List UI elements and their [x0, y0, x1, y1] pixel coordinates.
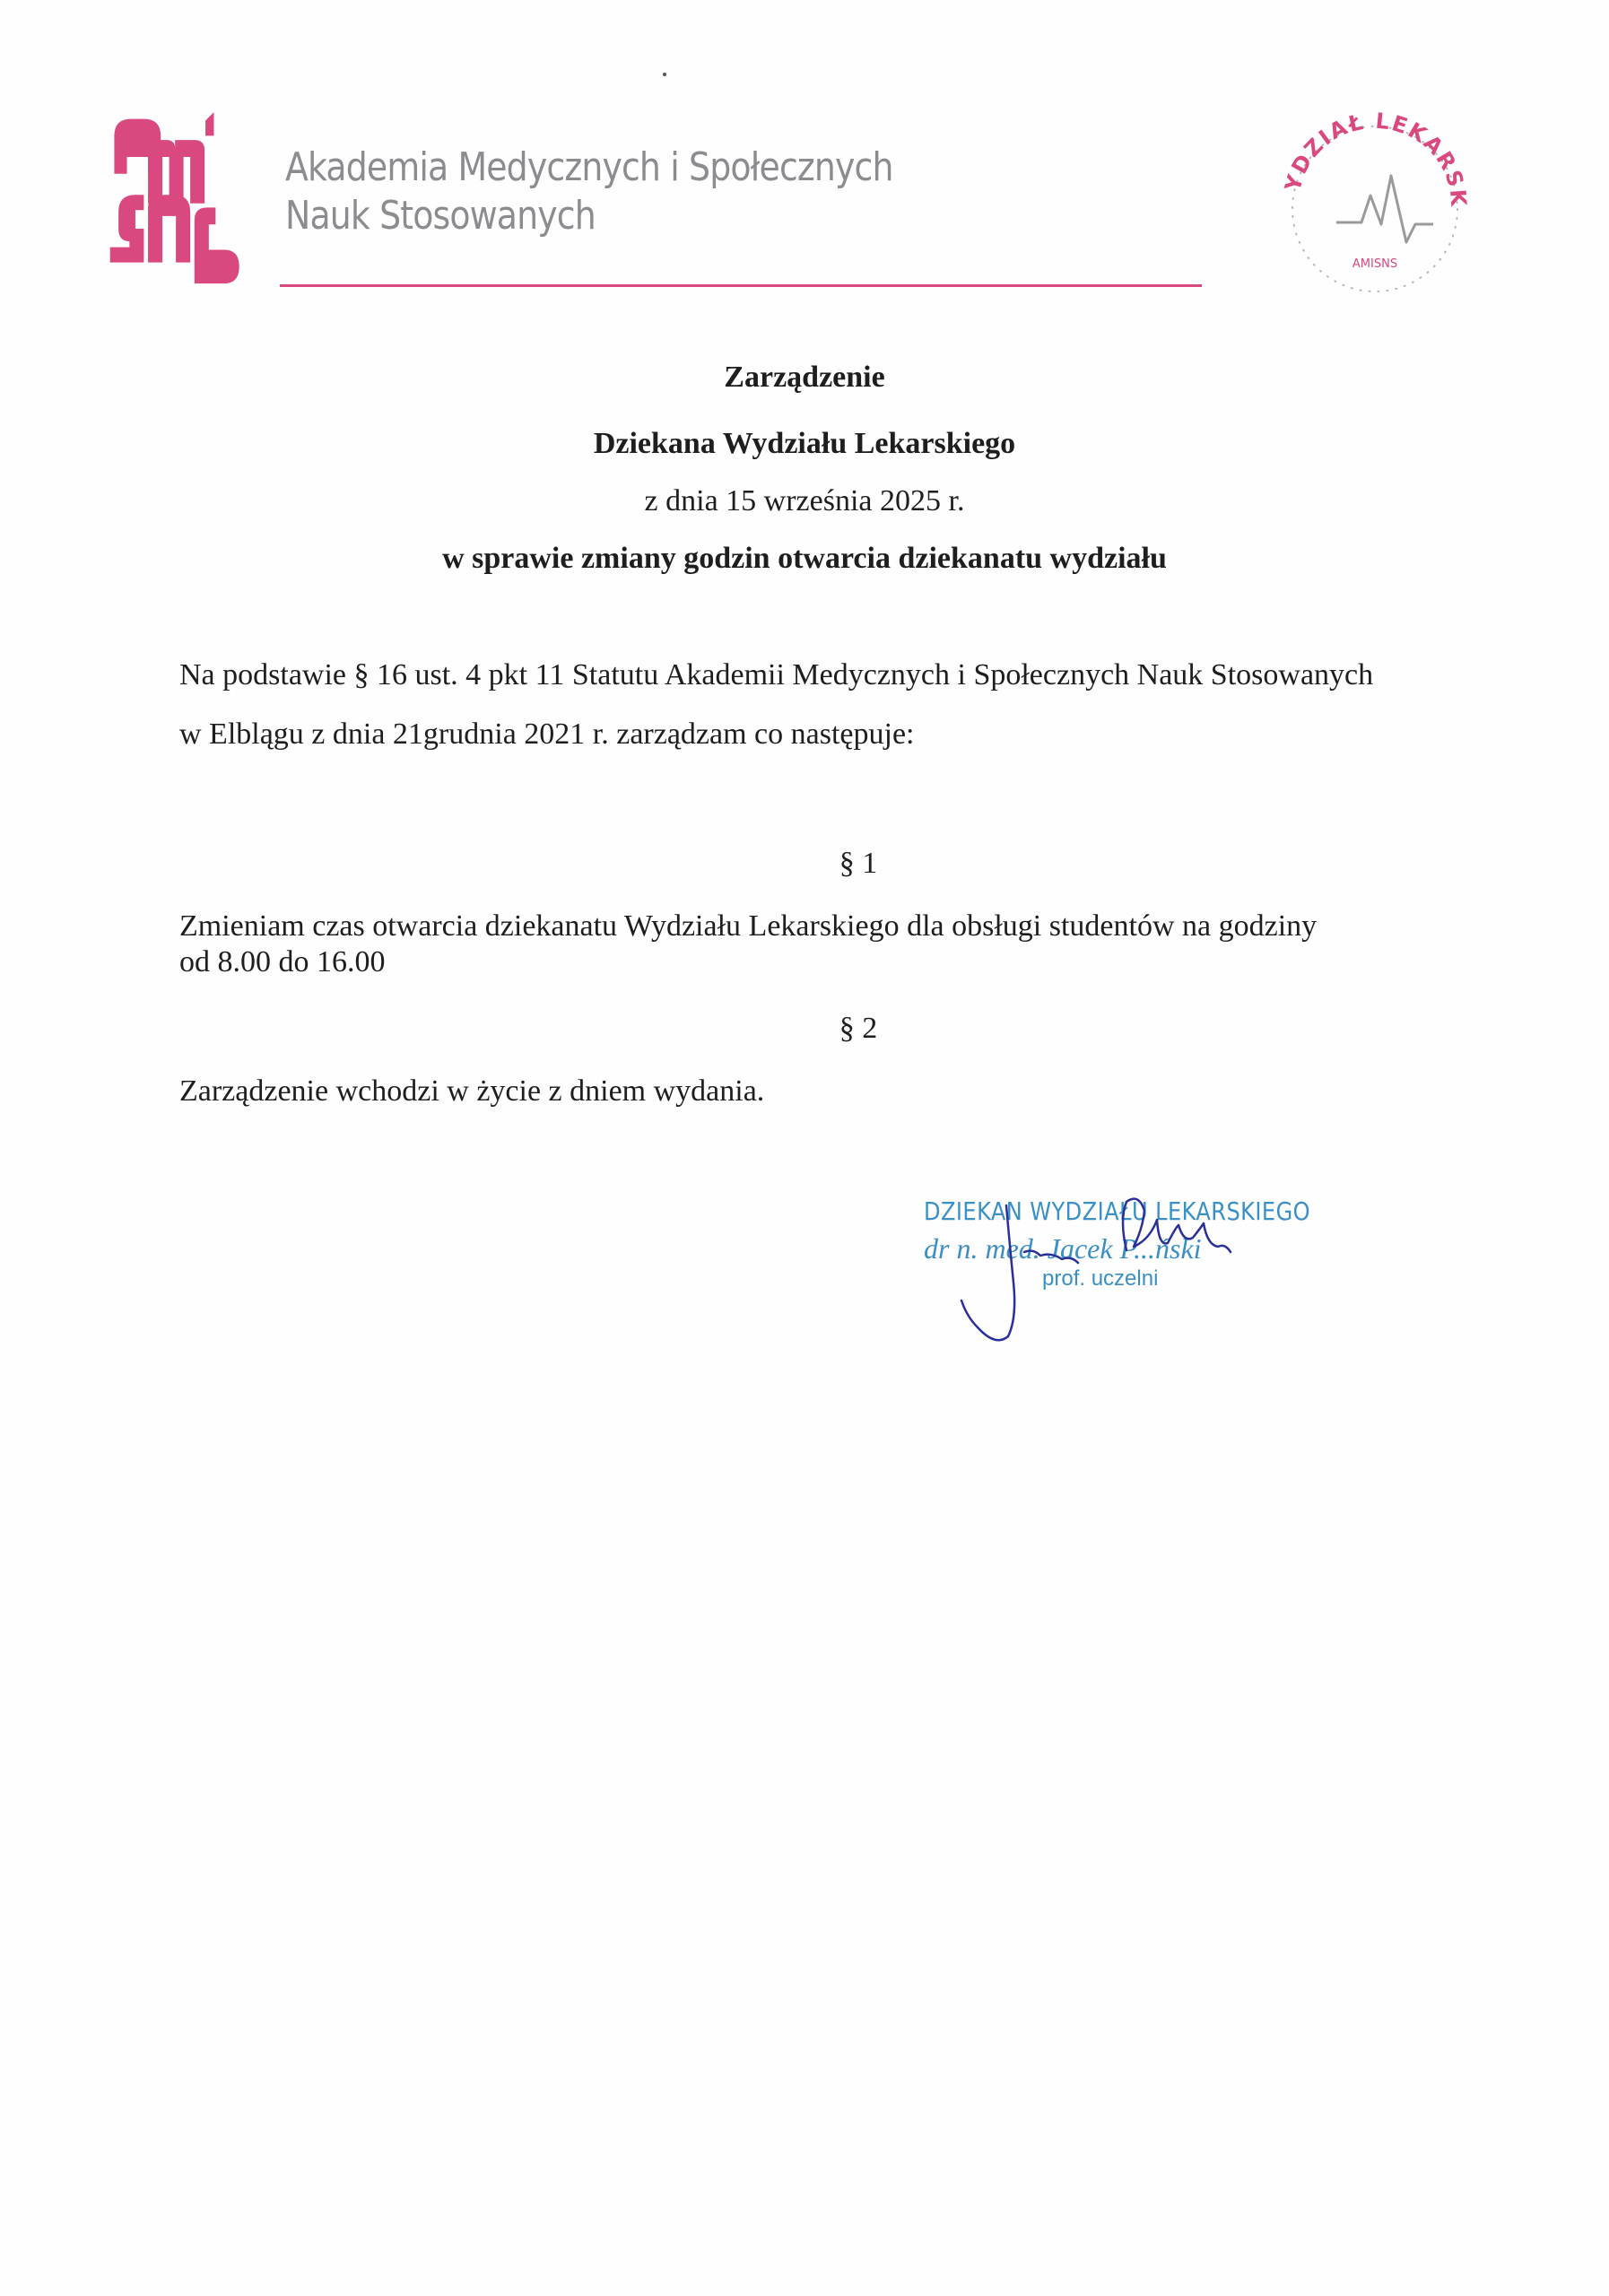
- legal-basis-line2: w Elblągu z dnia 21grudnia 2021 r. zarzą…: [179, 717, 915, 752]
- badge-bottom-text: AMISNS: [1352, 257, 1397, 271]
- section-1-text-line2: od 8.00 do 16.00: [179, 945, 386, 979]
- faculty-badge: WYDZIAŁ LEKARSKI AMISNS: [1272, 106, 1478, 303]
- legal-basis-line1: Na podstawie § 16 ust. 4 pkt 11 Statutu …: [179, 658, 1373, 692]
- document-title: Zarządzenie: [0, 361, 1609, 395]
- section-2-sign: § 2: [54, 1012, 1609, 1046]
- section-1-sign: § 1: [54, 847, 1609, 881]
- institution-name-line2: Nauk Stosowanych: [285, 192, 893, 240]
- document-issuer: Dziekana Wydziału Lekarskiego: [0, 427, 1609, 461]
- badge-arc-text: WYDZIAŁ LEKARSKI: [1272, 106, 1471, 209]
- document-page: Akademia Medycznych i Społecznych Nauk S…: [0, 0, 1609, 2296]
- section-1-text-line1: Zmieniam czas otwarcia dziekanatu Wydzia…: [179, 909, 1317, 944]
- document-subject: w sprawie zmiany godzin otwarcia dziekan…: [0, 542, 1609, 576]
- handwritten-signature-icon: [951, 1193, 1292, 1345]
- document-date: z dnia 15 września 2025 r.: [0, 484, 1609, 518]
- scan-speck: [663, 73, 666, 76]
- svg-text:WYDZIAŁ LEKARSKI: WYDZIAŁ LEKARSKI: [1272, 106, 1471, 209]
- heartbeat-line-icon: [1336, 176, 1433, 242]
- header-divider: [280, 284, 1202, 287]
- institution-name-line1: Akademia Medycznych i Społecznych: [285, 143, 893, 192]
- institution-name: Akademia Medycznych i Społecznych Nauk S…: [285, 143, 893, 240]
- section-2-text: Zarządzenie wchodzi w życie z dniem wyda…: [179, 1074, 764, 1109]
- amisns-logo-icon: [106, 109, 249, 289]
